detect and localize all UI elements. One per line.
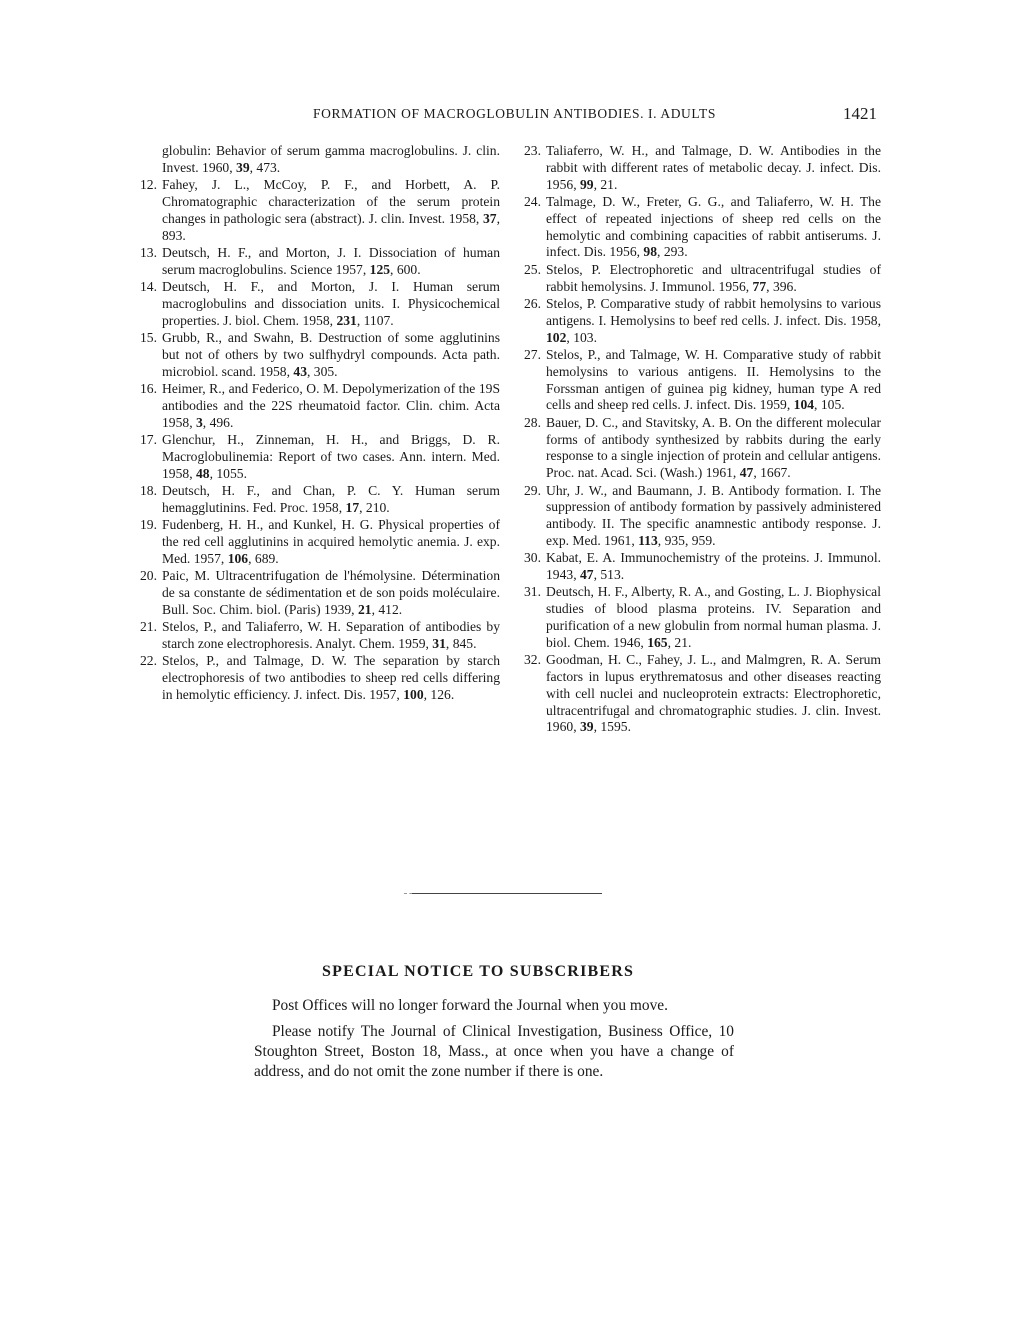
reference-number: 22. — [140, 653, 162, 670]
reference-volume: 21 — [358, 602, 372, 617]
reference-number: 18. — [140, 483, 162, 500]
reference-number: 23. — [524, 143, 546, 160]
reference-number: 29. — [524, 483, 546, 500]
notice-body: Post Offices will no longer forward the … — [254, 996, 734, 1088]
reference-entry: 26.Stelos, P. Comparative study of rabbi… — [524, 296, 881, 346]
reference-entry: 27.Stelos, P., and Talmage, W. H. Compar… — [524, 347, 881, 414]
reference-number: 25. — [524, 262, 546, 279]
references-right-column: 23.Taliaferro, W. H., and Talmage, D. W.… — [524, 143, 881, 737]
reference-number: 14. — [140, 279, 162, 296]
reference-number: 30. — [524, 550, 546, 567]
reference-entry: 21.Stelos, P., and Taliaferro, W. H. Sep… — [140, 619, 500, 653]
reference-number: 16. — [140, 381, 162, 398]
reference-number: 24. — [524, 194, 546, 211]
reference-number: 15. — [140, 330, 162, 347]
reference-volume: 98 — [643, 244, 657, 259]
reference-number: 19. — [140, 517, 162, 534]
reference-entry: 17.Glenchur, H., Zinneman, H. H., and Br… — [140, 432, 500, 482]
notice-paragraph: Post Offices will no longer forward the … — [254, 996, 734, 1016]
reference-entry: 24.Talmage, D. W., Freter, G. G., and Ta… — [524, 194, 881, 261]
reference-entry: 14.Deutsch, H. F., and Morton, J. I. Hum… — [140, 279, 500, 329]
references-left-column: globulin: Behavior of serum gamma macrog… — [162, 143, 500, 704]
reference-number: 32. — [524, 652, 546, 669]
reference-volume: 125 — [370, 262, 390, 277]
reference-entry: 32.Goodman, H. C., Fahey, J. L., and Mal… — [524, 652, 881, 736]
reference-entry: 16.Heimer, R., and Federico, O. M. Depol… — [140, 381, 500, 431]
reference-entry: 23.Taliaferro, W. H., and Talmage, D. W.… — [524, 143, 881, 193]
reference-volume: 102 — [546, 330, 566, 345]
reference-number: 17. — [140, 432, 162, 449]
reference-volume: 47 — [740, 465, 754, 480]
notice-paragraph: Please notify The Journal of Clinical In… — [254, 1022, 734, 1082]
reference-entry: 28.Bauer, D. C., and Stavitsky, A. B. On… — [524, 415, 881, 482]
reference-entry: 31.Deutsch, H. F., Alberty, R. A., and G… — [524, 584, 881, 651]
reference-entry: globulin: Behavior of serum gamma macrog… — [162, 143, 500, 177]
reference-entry: 19.Fudenberg, H. H., and Kunkel, H. G. P… — [140, 517, 500, 567]
reference-volume: 165 — [647, 635, 667, 650]
reference-number: 27. — [524, 347, 546, 364]
reference-number: 21. — [140, 619, 162, 636]
reference-volume: 39 — [580, 719, 594, 734]
reference-number: 31. — [524, 584, 546, 601]
reference-volume: 106 — [228, 551, 248, 566]
reference-volume: 47 — [580, 567, 594, 582]
reference-volume: 43 — [293, 364, 307, 379]
page-number: 1421 — [843, 104, 877, 124]
reference-number: 12. — [140, 177, 162, 194]
reference-entry: 13.Deutsch, H. F., and Morton, J. I. Dis… — [140, 245, 500, 279]
reference-volume: 39 — [236, 160, 250, 175]
reference-volume: 37 — [483, 211, 497, 226]
reference-entry: 12.Fahey, J. L., McCoy, P. F., and Horbe… — [140, 177, 500, 244]
reference-volume: 113 — [638, 533, 658, 548]
notice-title: SPECIAL NOTICE TO SUBSCRIBERS — [322, 963, 634, 981]
reference-volume: 231 — [336, 313, 356, 328]
reference-volume: 99 — [580, 177, 594, 192]
reference-number: 26. — [524, 296, 546, 313]
reference-entry: 22.Stelos, P., and Talmage, D. W. The se… — [140, 653, 500, 703]
reference-volume: 17 — [346, 500, 360, 515]
reference-entry: 18.Deutsch, H. F., and Chan, P. C. Y. Hu… — [140, 483, 500, 517]
reference-number: 28. — [524, 415, 546, 432]
reference-entry: 29.Uhr, J. W., and Baumann, J. B. Antibo… — [524, 483, 881, 550]
reference-number: 13. — [140, 245, 162, 262]
running-head: FORMATION OF MACROGLOBULIN ANTIBODIES. I… — [313, 106, 716, 122]
reference-entry: 20.Paic, M. Ultracentrifugation de l'hém… — [140, 568, 500, 618]
reference-volume: 104 — [794, 397, 814, 412]
reference-entry: 15.Grubb, R., and Swahn, B. Destruction … — [140, 330, 500, 380]
reference-volume: 3 — [196, 415, 203, 430]
separator-rule — [412, 893, 602, 894]
reference-volume: 31 — [432, 636, 446, 651]
reference-volume: 77 — [753, 279, 767, 294]
reference-entry: 30.Kabat, E. A. Immunochemistry of the p… — [524, 550, 881, 584]
reference-volume: 100 — [403, 687, 423, 702]
reference-number: 20. — [140, 568, 162, 585]
reference-entry: 25.Stelos, P. Electrophoretic and ultrac… — [524, 262, 881, 296]
reference-volume: 48 — [196, 466, 210, 481]
